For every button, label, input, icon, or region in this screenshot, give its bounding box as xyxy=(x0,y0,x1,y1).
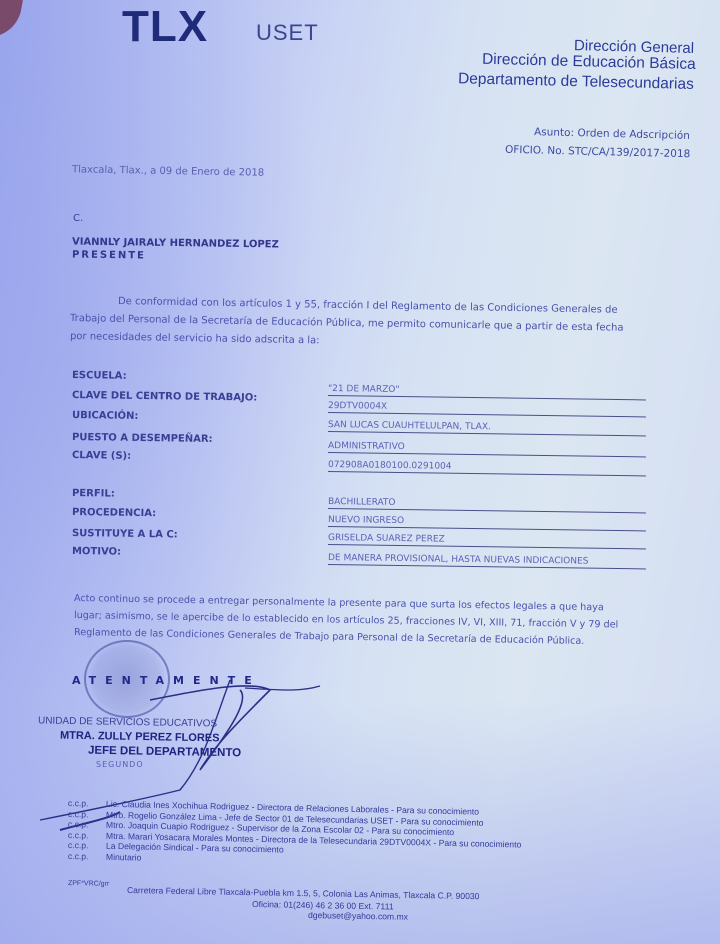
field-label: PERFIL: xyxy=(72,488,115,500)
field-value: "21 DE MARZO" xyxy=(328,384,646,400)
ccp-label: c.c.p. xyxy=(68,851,106,862)
field-label: PROCEDENCIA: xyxy=(72,507,156,519)
closing-line-1: Acto continuo se procede a entregar pers… xyxy=(74,593,604,613)
field-label: SUSTITUYE A LA C: xyxy=(72,528,178,540)
field-label: UBICACIÓN: xyxy=(72,410,139,422)
field-value: ADMINISTRATIVO xyxy=(328,441,646,457)
date-line: Tlaxcala, Tlax., a 09 de Enero de 2018 xyxy=(72,164,264,178)
ccp-label: c.c.p. xyxy=(68,819,106,830)
field-value: BACHILLERATO xyxy=(328,497,646,513)
unidad-servicios: UNIDAD DE SERVICIOS EDUCATIVOS xyxy=(38,715,217,729)
field-value: NUEVO INGRESO xyxy=(328,515,646,531)
finger-edge xyxy=(0,0,24,43)
signatory-name: MTRA. ZULLY PEREZ FLORES xyxy=(60,730,220,745)
intro-line-2: Trabajo del Personal de la Secretaría de… xyxy=(70,313,624,334)
oficio-number: OFICIO. No. STC/CA/139/2017-2018 xyxy=(505,144,691,161)
field-label: ESCUELA: xyxy=(72,370,127,382)
recipient-prefix: C. xyxy=(73,213,83,224)
field-value: 072908A0180100.0291004 xyxy=(328,460,646,476)
field-label: PUESTO A DESEMPEÑAR: xyxy=(72,432,213,445)
ccp-label: c.c.p. xyxy=(68,840,106,851)
header-departamento: Departamento de Telesecundarias xyxy=(458,70,694,94)
recipient-presente: PRESENTE xyxy=(72,249,146,261)
closing-line-3: Reglamento de las Condiciones Generales … xyxy=(74,627,584,647)
ccp-label: c.c.p. xyxy=(68,809,106,820)
recipient-name: VIANNLY JAIRALY HERNANDEZ LOPEZ xyxy=(72,237,279,251)
intro-line-3: por necesidades del servicio ha sido ads… xyxy=(70,331,320,346)
ccp-text: Minutario xyxy=(106,851,142,862)
seal-text: SEGUNDO xyxy=(96,760,144,769)
footer-address: Carretera Federal Libre Tlaxcala-Puebla … xyxy=(127,885,480,901)
logo-tlx: TLX xyxy=(122,2,208,52)
footer-email: dgebuset@yahoo.com.mx xyxy=(308,910,408,922)
field-value: SAN LUCAS CUAUHTELULPAN, TLAX. xyxy=(328,420,646,436)
atentamente: ATENTAMENTE xyxy=(72,674,261,687)
field-value: 29DTV0004X xyxy=(328,401,646,417)
signatory-title: JEFE DEL DEPARTAMENTO xyxy=(88,745,241,760)
intro-line-1: De conformidad con los artículos 1 y 55,… xyxy=(118,296,618,316)
ccp-label: c.c.p. xyxy=(68,798,106,809)
field-value: GRISELDA SUAREZ PEREZ xyxy=(328,533,646,549)
field-label: CLAVE (S): xyxy=(72,450,131,462)
ccp-label: c.c.p. xyxy=(68,830,106,841)
ccp-item: c.c.p.Minutario xyxy=(68,851,142,863)
header-direccion-educacion-basica: Dirección de Educación Básica xyxy=(482,51,696,74)
field-value: DE MANERA PROVISIONAL, HASTA NUEVAS INDI… xyxy=(328,553,646,569)
closing-line-2: lugar; asimismo, se le apercibe de lo es… xyxy=(74,610,618,630)
field-label: MOTIVO: xyxy=(72,546,121,558)
footer-initials: ZPF*VRC/grr xyxy=(68,880,109,888)
field-label: CLAVE DEL CENTRO DE TRABAJO: xyxy=(72,390,257,404)
logo-uset: USET xyxy=(256,20,319,46)
asunto: Asunto: Orden de Adscripción xyxy=(534,126,690,142)
